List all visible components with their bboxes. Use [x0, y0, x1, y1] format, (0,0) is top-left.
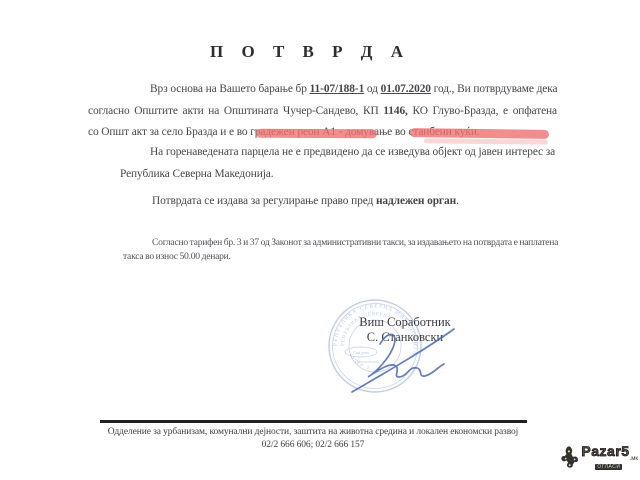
request-number: 11-07/188-1: [310, 83, 365, 95]
red-underline-marker: [256, 129, 377, 139]
watermark-brand-text: Pazar5: [581, 443, 629, 459]
text-segment: Република Северна Македонија.: [120, 168, 273, 180]
parcel-number: 1146,: [383, 105, 408, 117]
first-line-indent: [120, 154, 150, 155]
text-segment: год., Ви потврдуваме дека: [431, 83, 558, 95]
footer-department: Одделение за урбанизам, комунални дејнос…: [84, 426, 542, 439]
watermark-tagline: ОГЛАСИ: [595, 464, 622, 470]
paragraph-line: На горенаведената парцела не е предвиден…: [120, 142, 513, 164]
paragraph-line: Република Северна Македонија.: [120, 164, 513, 186]
watermark-suffix: .мк: [630, 457, 638, 463]
paragraph-line: Потврдата се издава за регулирање право …: [152, 191, 552, 213]
footer: Одделение за урбанизам, комунални дејнос…: [84, 426, 542, 452]
paragraph-public-interest: На горенаведената парцела не е предвиден…: [120, 142, 513, 185]
paragraph-line: такса во износ 50.00 денари.: [123, 250, 557, 264]
handwritten-signature: [330, 316, 470, 401]
document-title: П О Т В Р Д А: [80, 42, 540, 62]
paragraph-line: Согласно тарифен бр. 3 и 37 од Законот з…: [123, 236, 557, 250]
watermark-logo: Pazar5.мк ОГЛАСИ: [560, 440, 638, 474]
text-segment: КО Глуво-Бразда, е опфатена: [408, 105, 557, 117]
text-segment: На горенаведената парцела не е предвиден…: [150, 146, 555, 158]
paragraph-purpose: Потврдата се издава за регулирање право …: [152, 191, 552, 213]
text-segment: согласно Општите акти на Општината Чучер…: [88, 105, 383, 117]
request-date: 01.07.2020: [381, 83, 431, 95]
text-segment: такса во износ 50.00 денари.: [123, 251, 231, 262]
text-segment: Согласно тарифен бр. 3 и 37 од Законот з…: [152, 237, 558, 248]
text-segment: од: [364, 83, 380, 95]
footer-divider: [100, 420, 527, 423]
footer-phones: 02/2 666 606; 02/2 666 157: [84, 439, 542, 452]
first-line-indent: [123, 244, 152, 245]
text-segment: Врз основа на Вашето барање бр: [150, 83, 310, 95]
paragraph-tariff: Согласно тарифен бр. 3 и 37 од Законот з…: [123, 236, 557, 263]
paragraph-line: Врз основа на Вашето барање бр 11-07/188…: [88, 79, 557, 101]
text-segment: Потврдата се издава за регулирање право …: [152, 195, 376, 207]
text-segment: .: [456, 195, 459, 207]
paragraph-line: согласно Општите акти на Општината Чучер…: [88, 101, 557, 123]
first-line-indent: [88, 91, 150, 92]
competent-authority-text: надлежен орган: [376, 195, 456, 207]
red-underline-marker: [410, 128, 549, 139]
goat-icon: [560, 442, 579, 472]
